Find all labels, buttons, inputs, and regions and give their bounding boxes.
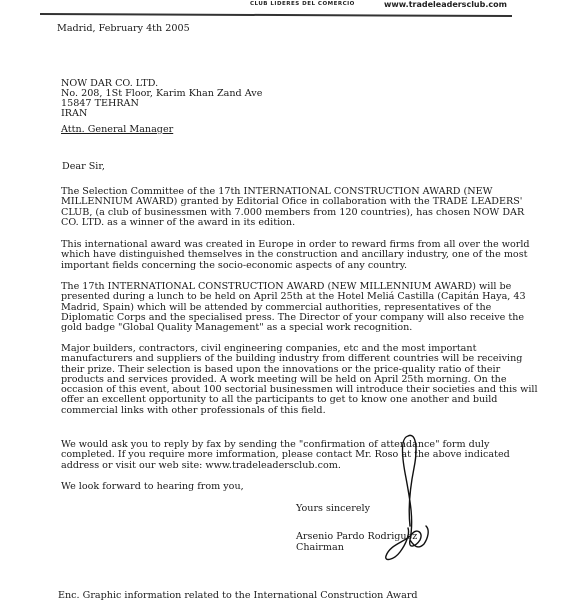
paragraph-award-announcement: The Selection Committee of the 17th INTE… bbox=[61, 187, 524, 228]
paragraph-ceremony-details: The 17th INTERNATIONAL CONSTRUCTION AWAR… bbox=[61, 282, 526, 333]
paragraph-closing-remark: We look forward to hearing from you, bbox=[61, 482, 244, 492]
salutation: Dear Sir, bbox=[62, 162, 105, 172]
header-divider bbox=[40, 13, 512, 17]
paragraph-participants: Major builders, contractors, civil engin… bbox=[61, 344, 538, 416]
recipient-country: IRAN bbox=[61, 109, 87, 119]
letterhead-website: www.tradeleadersclub.com bbox=[384, 0, 507, 9]
handwritten-signature-icon bbox=[380, 428, 460, 568]
paragraph-award-origin: This international award was created in … bbox=[61, 240, 530, 271]
date-line: Madrid, February 4th 2005 bbox=[57, 24, 190, 34]
enclosure-note: Enc. Graphic information related to the … bbox=[58, 591, 418, 600]
signer-title: Chairman bbox=[296, 543, 344, 553]
attention-line: Attn. General Manager bbox=[61, 125, 173, 135]
valediction: Yours sincerely bbox=[296, 504, 370, 514]
letterhead-organization: CLUB LIDERES DEL COMERCIO bbox=[250, 1, 355, 7]
